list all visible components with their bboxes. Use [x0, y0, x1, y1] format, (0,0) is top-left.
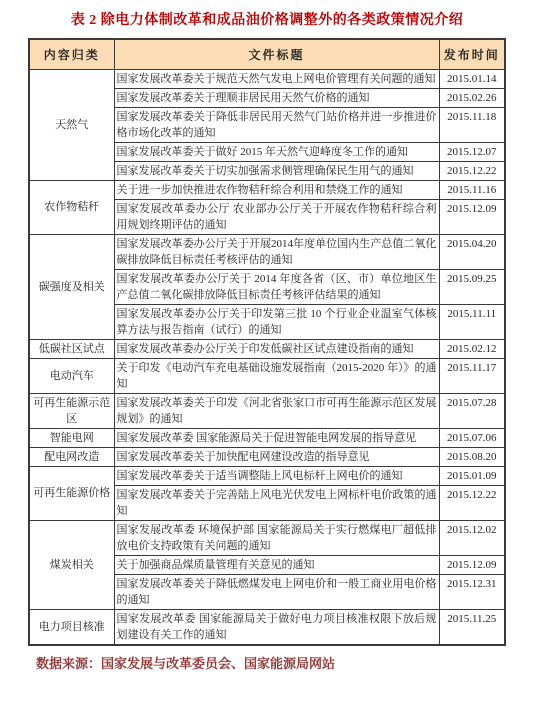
table-row: 智能电网国家发展改革委 国家能源局关于促进智能电网发展的指导意见2015.07.…: [29, 428, 505, 447]
table-row: 碳强度及相关国家发展改革委办公厅关于开展2014年度单位国内生产总值二氧化碳排放…: [29, 234, 505, 269]
date-cell: 2015.02.12: [439, 339, 505, 358]
table-caption: 表 2 除电力体制改革和成品油价格调整外的各类政策情况介绍: [0, 0, 534, 29]
policy-table: 内容归类 文件标题 发布时间 天然气国家发展改革委关于规范天然气发电上网电价管理…: [28, 38, 506, 646]
doc-title-cell: 国家发展改革委关于完善陆上风电光伏发电上网标杆电价政策的通知: [114, 485, 439, 520]
doc-title-cell: 国家发展改革委办公厅关于印发第三批 10 个行业企业温室气体核算方法与报告指南（…: [114, 304, 439, 339]
doc-title-cell: 国家发展改革委办公厅关于开展2014年度单位国内生产总值二氧化碳排放降低目标责任…: [114, 234, 439, 269]
table-row: 天然气国家发展改革委关于规范天然气发电上网电价管理有关问题的通知2015.01.…: [29, 69, 505, 88]
doc-title-cell: 关于加强商品煤质量管理有关意见的通知: [114, 555, 439, 574]
doc-title-cell: 国家发展改革委 国家能源局关于促进智能电网发展的指导意见: [114, 428, 439, 447]
doc-title-cell: 关于进一步加快推进农作物秸秆综合利用和禁烧工作的通知: [114, 180, 439, 199]
category-cell: 农作物秸秆: [29, 180, 114, 234]
header-date: 发布时间: [439, 39, 505, 69]
doc-title-cell: 国家发展改革委 环境保护部 国家能源局关于实行燃煤电厂超低排放电价支持政策有关问…: [114, 520, 439, 555]
date-cell: 2015.12.09: [439, 555, 505, 574]
date-cell: 2015.12.07: [439, 142, 505, 161]
doc-title-cell: 国家发展改革委关于加快配电网建设改造的指导意见: [114, 447, 439, 466]
header-category: 内容归类: [29, 39, 114, 69]
doc-title-cell: 国家发展改革委关于做好 2015 年天然气迎峰度冬工作的通知: [114, 142, 439, 161]
doc-title-cell: 国家发展改革委关于印发《河北省张家口市可再生能源示范区发展规划》的通知: [114, 393, 439, 428]
table-row: 电动汽车关于印发《电动汽车充电基础设施发展指南（2015-2020 年）》的通知…: [29, 358, 505, 393]
doc-title-cell: 国家发展改革委关于切实加强需求侧管理确保民生用气的通知: [114, 161, 439, 180]
table-row: 可再生能源价格国家发展改革委关于适当调整陆上风电标杆上网电价的通知2015.01…: [29, 466, 505, 485]
date-cell: 2015.12.22: [439, 485, 505, 520]
header-doc-title: 文件标题: [114, 39, 439, 69]
category-cell: 可再生能源示范区: [29, 393, 114, 428]
category-cell: 天然气: [29, 69, 114, 180]
header-row: 内容归类 文件标题 发布时间: [29, 39, 505, 69]
doc-title-cell: 国家发展改革委关于理顺非居民用天然气价格的通知: [114, 88, 439, 107]
table-row: 电力项目核准国家发展改革委 国家能源局关于做好电力项目核准权限下放后规划建设有关…: [29, 609, 505, 645]
category-cell: 电动汽车: [29, 358, 114, 393]
table-row: 农作物秸秆关于进一步加快推进农作物秸秆综合利用和禁烧工作的通知2015.11.1…: [29, 180, 505, 199]
date-cell: 2015.04.20: [439, 234, 505, 269]
doc-title-cell: 国家发展改革委办公厅关于 2014 年度各省（区、市）单位地区生产总值二氧化碳排…: [114, 269, 439, 304]
table-header: 内容归类 文件标题 发布时间: [29, 39, 505, 69]
doc-title-cell: 关于印发《电动汽车充电基础设施发展指南（2015-2020 年）》的通知: [114, 358, 439, 393]
date-cell: 2015.12.31: [439, 574, 505, 609]
doc-title-cell: 国家发展改革委 国家能源局关于做好电力项目核准权限下放后规划建设有关工作的通知: [114, 609, 439, 645]
date-cell: 2015.11.16: [439, 180, 505, 199]
doc-title-cell: 国家发展改革委关于降低燃煤发电上网电价和一般工商业用电价格的通知: [114, 574, 439, 609]
category-cell: 智能电网: [29, 428, 114, 447]
date-cell: 2015.11.25: [439, 609, 505, 645]
date-cell: 2015.08.20: [439, 447, 505, 466]
date-cell: 2015.11.18: [439, 107, 505, 142]
category-cell: 电力项目核准: [29, 609, 114, 645]
category-cell: 煤炭相关: [29, 520, 114, 609]
doc-title-cell: 国家发展改革委关于适当调整陆上风电标杆上网电价的通知: [114, 466, 439, 485]
table-row: 可再生能源示范区国家发展改革委关于印发《河北省张家口市可再生能源示范区发展规划》…: [29, 393, 505, 428]
category-cell: 配电网改造: [29, 447, 114, 466]
doc-title-cell: 国家发展改革委办公厅关于印发低碳社区试点建设指南的通知: [114, 339, 439, 358]
table-row: 配电网改造国家发展改革委关于加快配电网建设改造的指导意见2015.08.20: [29, 447, 505, 466]
date-cell: 2015.01.09: [439, 466, 505, 485]
data-source-note: 数据来源：国家发展与改革委员会、国家能源局网站: [36, 653, 534, 672]
date-cell: 2015.09.25: [439, 269, 505, 304]
category-cell: 碳强度及相关: [29, 234, 114, 339]
date-cell: 2015.02.26: [439, 88, 505, 107]
doc-title-cell: 国家发展改革委关于规范天然气发电上网电价管理有关问题的通知: [114, 69, 439, 88]
doc-title-cell: 国家发展改革委办公厅 农业部办公厅关于开展农作物秸秆综合利用规划终期评估的通知: [114, 199, 439, 234]
date-cell: 2015.11.17: [439, 358, 505, 393]
table-body: 天然气国家发展改革委关于规范天然气发电上网电价管理有关问题的通知2015.01.…: [29, 69, 505, 645]
date-cell: 2015.07.28: [439, 393, 505, 428]
date-cell: 2015.07.06: [439, 428, 505, 447]
date-cell: 2015.12.02: [439, 520, 505, 555]
doc-title-cell: 国家发展改革委关于降低非居民用天然气门站价格并进一步推进价格市场化改革的通知: [114, 107, 439, 142]
category-cell: 可再生能源价格: [29, 466, 114, 520]
document-page: 表 2 除电力体制改革和成品油价格调整外的各类政策情况介绍 内容归类 文件标题 …: [0, 0, 534, 707]
date-cell: 2015.12.22: [439, 161, 505, 180]
table-row: 低碳社区试点国家发展改革委办公厅关于印发低碳社区试点建设指南的通知2015.02…: [29, 339, 505, 358]
category-cell: 低碳社区试点: [29, 339, 114, 358]
date-cell: 2015.11.11: [439, 304, 505, 339]
date-cell: 2015.01.14: [439, 69, 505, 88]
date-cell: 2015.12.09: [439, 199, 505, 234]
table-row: 煤炭相关国家发展改革委 环境保护部 国家能源局关于实行燃煤电厂超低排放电价支持政…: [29, 520, 505, 555]
